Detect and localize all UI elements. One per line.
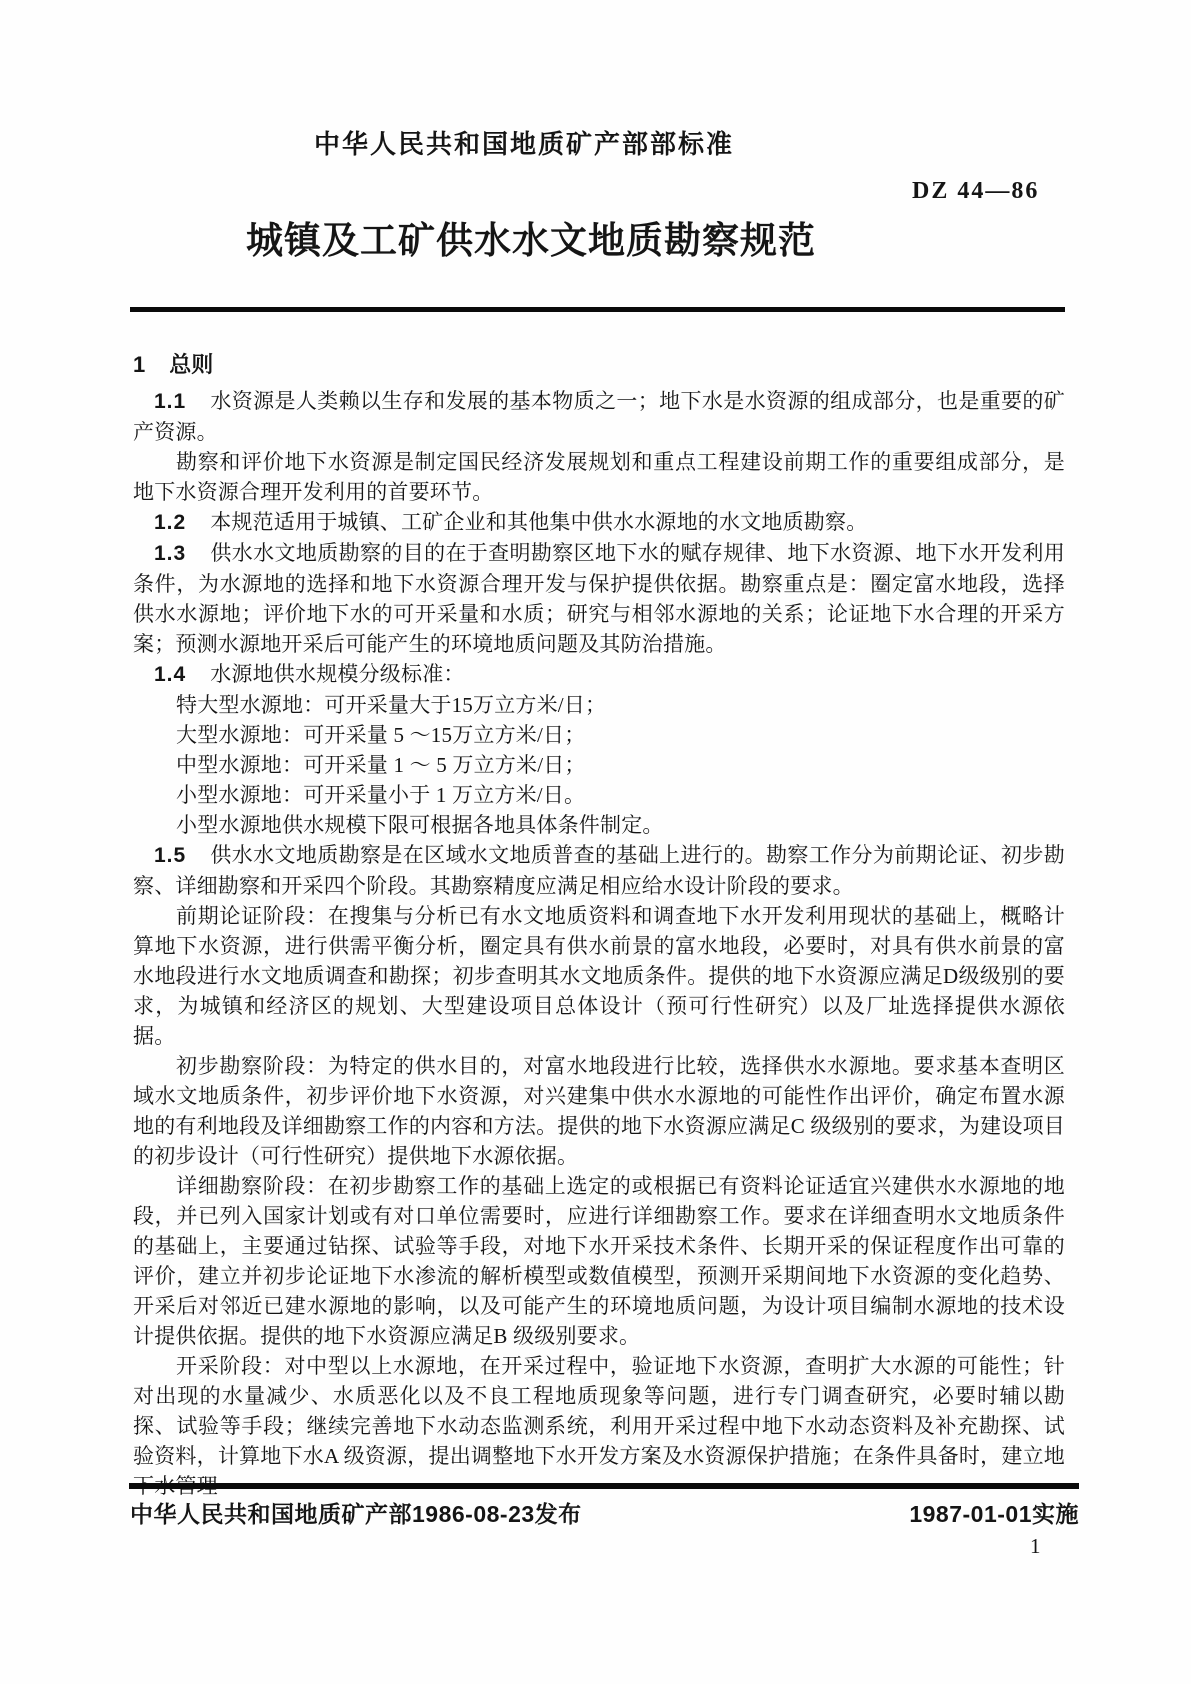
footer-issued-text: 中华人民共和国地质矿产部1986-08-23发布 — [130, 1496, 582, 1529]
list-item-large: 大型水源地：可开采量 5 ～15万立方米/日； — [133, 720, 1065, 750]
clause-number: 1.3 — [154, 542, 186, 565]
clause-text: 供水水文地质勘察是在区域水文地质普查的基础上进行的。勘察工作分为前期论证、初步勘… — [133, 843, 1065, 898]
list-item-text: 小型水源地：可开采量小于 1 万立方米/日。 — [176, 783, 585, 807]
clause-1-3: 1.3供水水文地质勘察的目的在于查明勘察区地下水的赋存规律、地下水资源、地下水开… — [133, 538, 1065, 659]
section-title: 总则 — [169, 352, 213, 377]
clause-1-1: 1.1水资源是人类赖以生存和发展的基本物质之一；地下水是水资源的组成部分，也是重… — [133, 386, 1065, 447]
standard-number: DZ 44—86 — [912, 178, 1039, 205]
footer-effective-text: 1987-01-01实施 — [909, 1496, 1079, 1529]
section-heading: 1总则 — [133, 348, 213, 379]
agency-line: 中华人民共和国地质矿产部部标准 — [314, 124, 734, 161]
list-item-text: 中型水源地：可开采量 1 ～ 5 万立方米/日； — [176, 753, 586, 777]
clause-text: 本规范适用于城镇、工矿企业和其他集中供水水源地的水文地质勘察。 — [210, 510, 867, 534]
paragraph-preliminary-stage: 前期论证阶段：在搜集与分析已有水文地质资料和调查地下水开发利用现状的基础上，概略… — [133, 901, 1065, 1051]
list-item-text: 特大型水源地：可开采量大于15万立方米/日； — [176, 693, 606, 717]
clause-text: 供水水文地质勘察的目的在于查明勘察区地下水的赋存规律、地下水资源、地下水开发利用… — [133, 541, 1065, 656]
clause-1-4: 1.4水源地供水规模分级标准： — [133, 659, 1065, 690]
list-item-medium: 中型水源地：可开采量 1 ～ 5 万立方米/日； — [133, 750, 1065, 780]
paragraph-initial-survey-stage: 初步勘察阶段：为特定的供水目的，对富水地段进行比较，选择供水水源地。要求基本查明… — [133, 1051, 1065, 1171]
clause-number: 1.5 — [154, 844, 186, 867]
body-text: 1.1水资源是人类赖以生存和发展的基本物质之一；地下水是水资源的组成部分，也是重… — [133, 386, 1065, 1501]
list-item-note: 小型水源地供水规模下限可根据各地具体条件制定。 — [133, 810, 1065, 840]
paragraph-text: 勘察和评价地下水资源是制定国民经济发展规划和重点工程建设前期工作的重要组成部分，… — [133, 450, 1065, 504]
footer-divider-rule — [129, 1483, 1079, 1489]
clause-1-5: 1.5供水水文地质勘察是在区域水文地质普查的基础上进行的。勘察工作分为前期论证、… — [133, 840, 1065, 901]
clause-number: 1.2 — [154, 511, 186, 534]
paragraph-exploitation-stage: 开采阶段：对中型以上水源地，在开采过程中，验证地下水资源，查明扩大水源的可能性；… — [133, 1351, 1065, 1501]
paragraph-text: 详细勘察阶段：在初步勘察工作的基础上选定的或根据已有资料论证适宜兴建供水水源地的… — [133, 1174, 1065, 1348]
document-page: 中华人民共和国地质矿产部部标准 DZ 44—86 城镇及工矿供水水文地质勘察规范… — [0, 0, 1191, 1684]
paragraph-text: 初步勘察阶段：为特定的供水目的，对富水地段进行比较，选择供水水源地。要求基本查明… — [133, 1054, 1065, 1168]
footer: 中华人民共和国地质矿产部1986-08-23发布 1987-01-01实施 — [130, 1496, 1079, 1529]
section-number: 1 — [133, 352, 145, 377]
list-item-extra-large: 特大型水源地：可开采量大于15万立方米/日； — [133, 690, 1065, 720]
list-item-text: 小型水源地供水规模下限可根据各地具体条件制定。 — [176, 813, 664, 837]
clause-text: 水源地供水规模分级标准： — [210, 662, 464, 686]
list-item-text: 大型水源地：可开采量 5 ～15万立方米/日； — [176, 723, 585, 747]
list-item-small: 小型水源地：可开采量小于 1 万立方米/日。 — [133, 780, 1065, 810]
clause-number: 1.4 — [154, 663, 186, 686]
paragraph-text: 前期论证阶段：在搜集与分析已有水文地质资料和调查地下水开发利用现状的基础上，概略… — [133, 904, 1065, 1048]
paragraph: 勘察和评价地下水资源是制定国民经济发展规划和重点工程建设前期工作的重要组成部分，… — [133, 447, 1065, 507]
page-number: 1 — [1030, 1534, 1041, 1559]
paragraph-detailed-survey-stage: 详细勘察阶段：在初步勘察工作的基础上选定的或根据已有资料论证适宜兴建供水水源地的… — [133, 1171, 1065, 1351]
clause-1-2: 1.2本规范适用于城镇、工矿企业和其他集中供水水源地的水文地质勘察。 — [133, 507, 1065, 538]
header-divider-rule — [130, 307, 1065, 312]
paragraph-text: 开采阶段：对中型以上水源地，在开采过程中，验证地下水资源，查明扩大水源的可能性；… — [133, 1354, 1065, 1498]
clause-text: 水资源是人类赖以生存和发展的基本物质之一；地下水是水资源的组成部分，也是重要的矿… — [133, 389, 1065, 444]
clause-number: 1.1 — [154, 390, 186, 413]
document-title: 城镇及工矿供水水文地质勘察规范 — [246, 210, 816, 264]
